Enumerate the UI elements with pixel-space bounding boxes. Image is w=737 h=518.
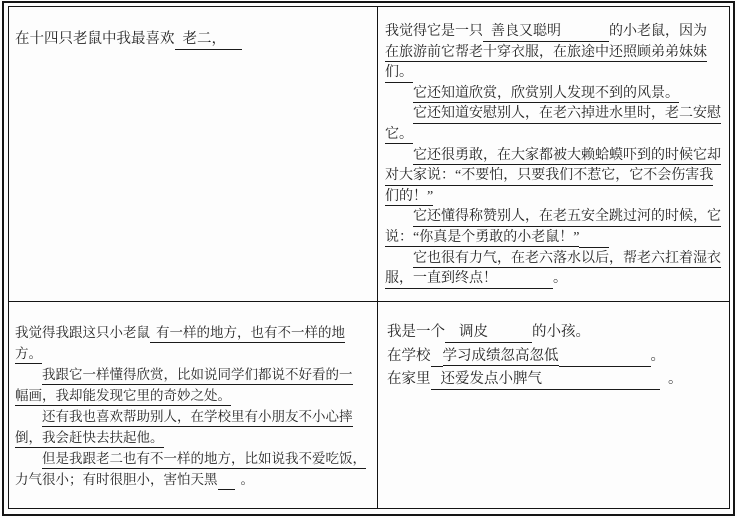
answer-blank-line: [542, 376, 660, 390]
text-run: 力气很小；有时很胆小，害怕天黑: [15, 472, 218, 487]
text-line: 我觉得我跟这只小老鼠有一样的地方，也有不一样的地: [15, 322, 374, 343]
cell-top-right: 我觉得它是一只善良又聪明的小老鼠，因为在旅游前它帮老十穿衣服，在旅途中还照顾弟弟…: [378, 7, 729, 302]
text-run: 在旅游前它帮老十穿衣服，在旅途中还照顾弟弟妹妹: [385, 45, 707, 63]
text-run: 它还很勇敢，在大家都被大赖蛤蟆吓到的时候它却: [413, 148, 721, 166]
text-line: 但是我跟老二也有不一样的地方，比如说我不爱吃饭，: [15, 448, 374, 469]
answer-blank-line: [483, 29, 491, 42]
answer-blank-line: [488, 329, 532, 343]
worksheet-table: 在十四只老鼠中我最喜欢老二， 我觉得它是一只善良又聪明的小老鼠，因为在旅游前它帮…: [8, 6, 730, 509]
answer-blank-line: [226, 36, 242, 50]
spacer: [660, 376, 668, 390]
text-run: 的小老鼠，因为: [609, 24, 707, 39]
text-run: 它还知道安慰别人，在老六掉进水里时，老二安慰: [413, 106, 721, 124]
cell-bottom-right: 我是一个调皮的小孩。在学校学习成绩忽高忽低。在家里还爱发点小脾气。: [378, 302, 729, 508]
text-line: 力气很小；有时很胆小，害怕天黑。: [15, 469, 374, 490]
text-run: 们。: [385, 65, 413, 83]
text-line: 它也很有力气，在老六落水以后，帮老六扛着湿衣: [385, 249, 726, 270]
text-run: 它还懂得称赞别人，在老五安全跳过河的时候，它: [413, 209, 721, 227]
cell-top-left: 在十四只老鼠中我最喜欢老二，: [9, 7, 378, 302]
text-run: 它还知道欣赏，欣赏别人发现不到的风景。: [413, 86, 679, 104]
text-line: 它还很勇敢，在大家都被大赖蛤蟆吓到的时候它却: [385, 146, 726, 167]
text-run: 服，一直到终点！: [385, 271, 497, 289]
text-line: 它还知道欣赏，欣赏别人发现不到的风景。: [385, 84, 726, 105]
text-line: 在家里还爱发点小脾气。: [387, 368, 726, 392]
text-run: 在家里: [387, 371, 431, 387]
text-run: 在学校: [387, 348, 431, 364]
text-line: 我是一个调皮的小孩。: [387, 321, 726, 345]
text-line: 它还知道安慰别人，在老六掉进水里时，老二安慰: [385, 104, 726, 125]
text-run: 。: [668, 371, 683, 387]
text-run: 调皮: [459, 324, 488, 343]
answer-blank-line: [175, 36, 183, 50]
text-run: 还爱发点小脾气: [441, 371, 543, 390]
text-run: 。: [241, 472, 255, 487]
scanned-worksheet-page: 在十四只老鼠中我最喜欢老二， 我觉得它是一只善良又聪明的小老鼠，因为在旅游前它帮…: [0, 0, 737, 518]
text-run: 还有我也喜欢帮助别人，在学校里有小朋友不小心摔: [42, 409, 353, 427]
text-run: 。: [553, 271, 567, 286]
text-run: 的小孩。: [532, 324, 590, 340]
answer-blank-line: [218, 477, 235, 490]
text-run: 我觉得我跟这只小老鼠: [15, 325, 150, 340]
text-run: 我觉得它是一只: [385, 24, 483, 39]
text-line: 们。: [385, 63, 726, 84]
text-run: 我跟它一样懂得欣赏，比如说同学们都说不好看的一: [42, 367, 353, 385]
text-line: 它。: [385, 125, 726, 146]
text-run: 倒，我会赶快去扶起他。: [15, 430, 164, 448]
text-run: 有一样的地方，也有不一样的地: [156, 325, 345, 343]
text-line: 在学校学习成绩忽高忽低。: [387, 345, 726, 369]
text-line: 方。: [15, 343, 374, 364]
text-run: 。: [651, 348, 666, 364]
text-line: 倒，我会赶快去扶起他。: [15, 427, 374, 448]
answer-blank-line: [431, 376, 441, 390]
answer-blank-line: [579, 235, 609, 248]
text-line: 还有我也喜欢帮助别人，在学校里有小朋友不小心摔: [15, 406, 374, 427]
text-run: 它也很有力气，在老六落水以后，帮老六扛着湿衣: [413, 251, 721, 269]
text-line: 们的！”: [385, 187, 726, 208]
text-run: 幅画，我却能发现它里的奇妙之处。: [15, 388, 231, 406]
text-run: 学习成绩忽高忽低: [443, 348, 559, 367]
text-run: 老二，: [183, 31, 227, 50]
text-run: 对大家说：“不要怕，只要我们不惹它，它不会伤害我: [385, 168, 713, 186]
text-run: 但是我跟老二也有不一样的地方，比如说我不爱吃饭，: [42, 451, 366, 469]
text-run: 善良又聪明: [491, 24, 561, 42]
cell-bottom-left: 我觉得我跟这只小老鼠有一样的地方，也有不一样的地方。我跟它一样懂得欣赏，比如说同…: [9, 302, 378, 508]
text-line: 我跟它一样懂得欣赏，比如说同学们都说不好看的一: [15, 364, 374, 385]
text-line: 服，一直到终点！。: [385, 269, 726, 290]
answer-blank-line: [445, 329, 459, 343]
text-line: 对大家说：“不要怕，只要我们不惹它，它不会伤害我: [385, 166, 726, 187]
text-run: 我是一个: [387, 324, 445, 340]
text-line: 它还懂得称赞别人，在老五安全跳过河的时候，它: [385, 207, 726, 228]
outer-border-frame: 在十四只老鼠中我最喜欢老二， 我觉得它是一只善良又聪明的小老鼠，因为在旅游前它帮…: [2, 1, 735, 516]
answer-blank-line: [497, 276, 553, 289]
text-line: 在十四只老鼠中我最喜欢老二，: [15, 29, 371, 50]
text-line: 我觉得它是一只善良又聪明的小老鼠，因为: [385, 22, 726, 43]
text-run: 说：“你真是个勇敢的小老鼠！”: [385, 230, 579, 248]
answer-blank-line: [431, 353, 443, 367]
text-line: 幅画，我却能发现它里的奇妙之处。: [15, 385, 374, 406]
text-run: 它。: [385, 127, 413, 145]
text-run: 在十四只老鼠中我最喜欢: [15, 31, 175, 47]
text-line: 在旅游前它帮老十穿衣服，在旅途中还照顾弟弟妹妹: [385, 43, 726, 64]
answer-blank-line: [561, 29, 609, 42]
answer-blank-line: [559, 353, 651, 367]
text-run: 方。: [15, 346, 42, 364]
text-run: 们的！”: [385, 189, 433, 207]
text-line: 说：“你真是个勇敢的小老鼠！”: [385, 228, 726, 249]
